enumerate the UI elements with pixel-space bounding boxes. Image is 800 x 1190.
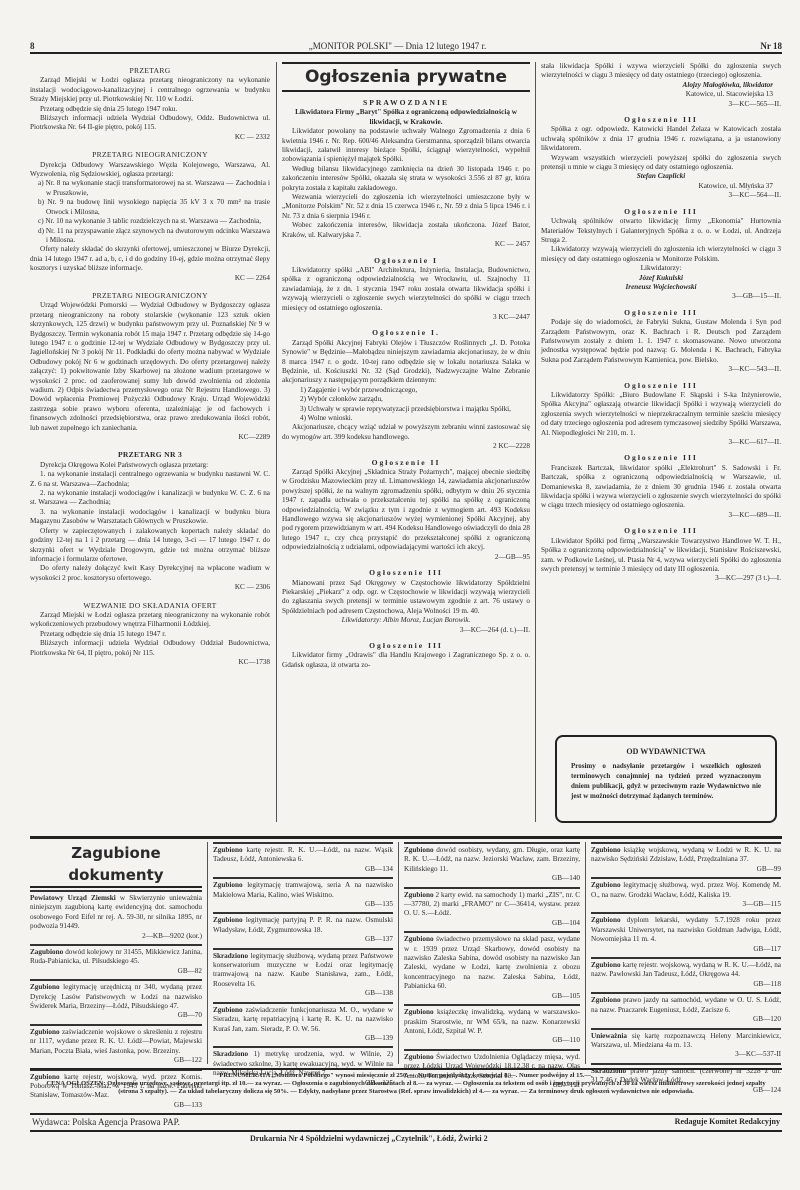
notice-title: Ogłoszenie III xyxy=(541,207,781,216)
notice-ref: 3—KC—689—II. xyxy=(541,511,781,520)
notice-text: Likwidatorzy wzywają wierzycieli do zgło… xyxy=(541,245,781,264)
section-heading-box: Ogłoszenia prywatne xyxy=(282,62,530,92)
notice-text: Według bilansu likwidacyjnego zamknięcia… xyxy=(282,165,530,193)
notice-text: Likwidatorzy Spółki: „Biuro Budowlane F.… xyxy=(541,391,781,438)
publisher: Wydawca: Polska Agencja Prasowa PAP. xyxy=(32,1116,180,1128)
tender-notice: PRZETARG Zarząd Miejski w Łodzi ogłasza … xyxy=(30,66,270,142)
footer-rule xyxy=(30,1130,782,1132)
lost-doc-item: Zgubiono świadectwo przemysłowe na skład… xyxy=(404,931,580,1004)
tender-notice: PRZETARG NIEOGRANICZONY Urząd Wojewódzki… xyxy=(30,291,270,443)
notice-text: 2. na wykonanie instalacji wodociągów i … xyxy=(30,489,270,508)
notice-title: WEZWANIE DO SKŁADANIA OFERT xyxy=(30,601,270,610)
notice-title: PRZETARG NIEOGRANICZONY xyxy=(30,291,270,300)
notice-text: Podaje się do wiadomości, że Fabryki Suk… xyxy=(541,318,781,365)
item-ref: GB—138 xyxy=(213,989,393,998)
publisher-notice-text: Prosimy o nadsyłanie przetargów i wszelk… xyxy=(571,761,761,801)
notice-ref: KC — 2457 xyxy=(282,240,530,249)
masthead-title: „MONITOR POLSKI" — Dnia 12 lutego 1947 r… xyxy=(309,42,487,51)
item-lead: Zgubiono xyxy=(591,961,621,969)
item-ref: GB—117 xyxy=(591,945,781,954)
item-lead: Zgubiono xyxy=(213,916,243,924)
item-lead: Powiatowy Urząd Ziemski xyxy=(30,894,116,902)
notice-title: Ogłoszenie III xyxy=(541,526,781,535)
lost-doc-item: Zgubiono kartę rejestr. R. K. U.—Łódź, n… xyxy=(213,842,393,877)
footer-rule xyxy=(30,1113,782,1115)
notice-text: Oferty należy składać do skrzynki oferto… xyxy=(30,245,270,273)
column-private-notices: Ogłoszenia prywatne SPRAWOZDANIE Likwida… xyxy=(282,62,530,670)
signer: Ireneusz Wojciechowski xyxy=(541,283,781,292)
item-lead: Zgubiono xyxy=(404,891,434,899)
publisher-notice-box: OD WYDAWNICTWA Prosimy o nadsyłanie prze… xyxy=(555,735,777,823)
page-header: 8 „MONITOR POLSKI" — Dnia 12 lutego 1947… xyxy=(30,40,782,54)
item-ref: GB—134 xyxy=(213,865,393,874)
notice-text: Franciszek Bartczak, likwidator spółki „… xyxy=(541,464,781,511)
section-heading: Ogłoszenia prywatne xyxy=(282,66,530,88)
item-ref: GB—99 xyxy=(591,865,781,874)
list-item: d) Nr. 11 na przyspawanie złącz szynowyc… xyxy=(30,227,270,246)
item-lead: Zgubiono xyxy=(404,1053,434,1061)
publisher-notice-title: OD WYDAWNICTWA xyxy=(571,747,761,756)
lost-doc-item: Skradziono legitymację służbową, wydaną … xyxy=(213,948,393,1002)
signers-label: Likwidatorzy: xyxy=(541,264,781,273)
lost-doc-item: Zgubiono legitymację partyjną P. P. R. n… xyxy=(213,912,393,947)
notice-text: 3. na wykonanie instalacji wodociągów i … xyxy=(30,508,270,527)
lost-doc-item: Zgubiono książkę wojskową, wydaną w Łodz… xyxy=(591,842,781,877)
notice-title: Ogłoszenie III xyxy=(541,381,781,390)
notice-text: Do oferty należy dołączyć kwit Kasy Dyre… xyxy=(30,564,270,583)
notice-subtitle: Likwidatora Firmy „Baryt" Spółka z ogran… xyxy=(282,108,530,127)
signer: Józef Kukulski xyxy=(541,274,781,283)
notice-ref: KC — 2264 xyxy=(30,274,270,283)
notice-text: Likwidator powołany na podstawie uchwały… xyxy=(282,127,530,165)
list-item: 1) Zagajenie i wybór przewodniczącego, xyxy=(282,386,530,395)
lost-docs-column-2: Zgubiono kartę rejestr. R. K. U.—Łódź, n… xyxy=(213,842,393,1091)
address: Katowice, ul. Młyńska 37 xyxy=(541,182,781,191)
item-lead: Zgubiono xyxy=(404,935,434,943)
section-rule xyxy=(30,836,782,839)
notice-text: Zarząd Miejski w Łodzi ogłasza przetarg … xyxy=(30,611,270,630)
item-lead: Zgubiono xyxy=(591,846,621,854)
notice-text: stała likwidacja Spółki i wzywa wierzyci… xyxy=(541,62,781,81)
notice-text: Akcjonariusze, chcący wziąć udział w pow… xyxy=(282,423,530,442)
list-item: c) Nr. 10 na wykonanie 3 tablic rozdziel… xyxy=(30,217,270,226)
lost-doc-item: Zgubiono dowód osobisty, wydany, gm. Dłu… xyxy=(404,842,580,887)
notice-title: PRZETARG xyxy=(30,66,270,75)
notice-ref: KC — 2306 xyxy=(30,583,270,592)
notice-text: Likwidatorzy spółki „ABI" Architektura, … xyxy=(282,266,530,313)
lost-doc-item: Zgubiono 2 karty ewid. na samochody 1) m… xyxy=(404,887,580,932)
list-item: 2) Wybór członków zarządu, xyxy=(282,395,530,404)
item-lead: Zgubiono xyxy=(213,881,243,889)
signers: Likwidatorzy: Albin Moroz, Lucjan Borowi… xyxy=(282,616,530,625)
notice-ref: 3—KC—565—II. xyxy=(541,100,781,109)
item-ref: 2—KB—9202 (kor.) xyxy=(30,932,202,941)
lost-doc-item: Zgubiono legitymację tramwajową, seria A… xyxy=(213,877,393,912)
notice-ref: KC—1738 xyxy=(30,658,270,667)
item-ref: GB—135 xyxy=(213,900,393,909)
subscription-text: PRENUMERATA „Monitora Polskiego" wynosi … xyxy=(40,1072,772,1080)
publisher-line: Wydawca: Polska Agencja Prasowa PAP. Red… xyxy=(32,1116,780,1128)
notice-ref: KC — 2332 xyxy=(30,133,270,142)
notice-title: Ogłoszenie III xyxy=(541,308,781,317)
column-divider xyxy=(276,62,277,822)
notice-title: PRZETARG NIEOGRANICZONY xyxy=(30,150,270,159)
lost-doc-item: Zgubiono legitymację urzędniczą nr 340, … xyxy=(30,979,202,1024)
notice-text: Oferty w zapieczętowanych i zalakowanych… xyxy=(30,527,270,565)
lost-doc-item: Unieważnia się kartę rozpoznawczą Heleny… xyxy=(591,1028,781,1063)
notice-ref: 2 KC—2228 xyxy=(282,442,530,451)
page-number: 8 xyxy=(30,42,35,51)
pricing-text: CENA OGŁOSZEŃ: Ogłoszenia urzędowe, sądo… xyxy=(40,1080,772,1096)
notice-text: Urząd Wojewódzki Pomorski — Wydział Odbu… xyxy=(30,301,270,433)
editor: Redaguje Komitet Redakcyjny xyxy=(675,1116,780,1128)
notice-title: Ogłoszenie II xyxy=(282,458,530,467)
column-divider xyxy=(585,842,586,1064)
address: Katowice, ul. Stacowiejska 13 xyxy=(541,90,781,99)
notice-title: SPRAWOZDANIE xyxy=(282,98,530,107)
notice-text: Bliższych informacji udziela Wydział Odb… xyxy=(30,114,270,133)
lost-docs-column-3: Zgubiono dowód osobisty, wydany, gm. Dłu… xyxy=(404,842,580,1093)
lost-doc-item: Zgubiono zaświadczenie funkcjonariusza M… xyxy=(213,1002,393,1047)
item-ref: GB—120 xyxy=(591,1015,781,1024)
notice-text: Likwidator Spółki pod firmą „Warszawskie… xyxy=(541,537,781,575)
notice-ref: 3 KC—2447 xyxy=(282,313,530,322)
item-ref: GB—133 xyxy=(30,1101,202,1110)
notice-text: Spółka z ogr. odpowiedz. Katowicki Hande… xyxy=(541,125,781,153)
item-lead: Zagubiono xyxy=(30,948,63,956)
notice-text: Wzywam wszystkich wierzycieli powyższej … xyxy=(541,154,781,173)
notice-title: PRZETARG NR 3 xyxy=(30,450,270,459)
item-ref: GB—104 xyxy=(404,919,580,928)
item-lead: Zgubiono xyxy=(213,1006,243,1014)
item-lead: Zgubiono xyxy=(591,881,621,889)
lost-doc-item: Zgubiono zaświadczenie wojskowe o skreśl… xyxy=(30,1024,202,1069)
lost-doc-item: Powiatowy Urząd Ziemski w Skwierzynie un… xyxy=(30,890,202,944)
column-divider xyxy=(207,842,208,1064)
notice-text: 1. na wykonanie instalacji centralnego o… xyxy=(30,470,270,489)
notice-title: Ogłoszenie III xyxy=(282,641,530,650)
tender-notice: PRZETARG NIEOGRANICZONY Dyrekcja Odbudow… xyxy=(30,150,270,283)
item-text: świadectwo przemysłowe na skład pasz, wy… xyxy=(404,935,580,990)
section-heading: Zagubione dokumenty xyxy=(30,842,202,888)
signer: Stefan Czaplicki xyxy=(541,172,781,181)
item-ref: GB—118 xyxy=(591,980,781,989)
item-ref: GB—137 xyxy=(213,935,393,944)
item-lead: Skradziono xyxy=(213,952,248,960)
notice-title: Ogłoszenie III xyxy=(541,115,781,124)
item-ref: GB—122 xyxy=(30,1056,202,1065)
tender-notice: PRZETARG NR 3 Dyrekcja Okręgowa Kolei Pa… xyxy=(30,450,270,592)
item-ref: GB—70 xyxy=(30,1011,202,1020)
list-item: b) Nr. 9 na budowę linii wysokiego napię… xyxy=(30,198,270,217)
list-item: 4) Wolne wnioski. xyxy=(282,414,530,423)
item-lead: Zgubiono xyxy=(30,983,60,991)
notice-title: Ogłoszenie III xyxy=(541,453,781,462)
notice-ref: 3—GB—15—II. xyxy=(541,292,781,301)
item-ref: GB—82 xyxy=(30,967,202,976)
notice-text: Zarząd Spółki Akcyjnej Fabryki Olejów i … xyxy=(282,339,530,386)
notice-text: Zarząd Miejski w Łodzi ogłasza przetarg … xyxy=(30,76,270,104)
item-ref: GB—140 xyxy=(404,874,580,883)
issue-number: Nr 18 xyxy=(760,42,782,51)
item-lead: Zgubiono xyxy=(213,846,243,854)
column-tenders: PRZETARG Zarząd Miejski w Łodzi ogłasza … xyxy=(30,60,270,667)
subscription-info: PRENUMERATA „Monitora Polskiego" wynosi … xyxy=(40,1072,772,1097)
notice-text: Mianowani przez Sąd Okręgowy w Częstocho… xyxy=(282,579,530,617)
notice-title: Ogłoszenie I xyxy=(282,256,530,265)
notice-text: Przetarg odbędzie się dnia 15 lutego 194… xyxy=(30,630,270,639)
column-divider xyxy=(398,842,399,1064)
lost-doc-item: Zagubiono dowód kolejowy nr 31455, Mikki… xyxy=(30,944,202,979)
notice-text: Przetarg odbędzie się dnia 25 lutego 194… xyxy=(30,105,270,114)
notice-text: Uchwałą spólników otwarto likwidację fir… xyxy=(541,217,781,245)
item-lead: Zgubiono xyxy=(404,1008,434,1016)
lost-docs-column-4: Zgubiono książkę wojskową, wydaną w Łodz… xyxy=(591,842,781,1098)
notice-text: Zarząd Spółki Akcyjnej „Składnica Straży… xyxy=(282,468,530,553)
notice-text: Bliższych informacji udziela Wydział Odb… xyxy=(30,639,270,658)
lost-doc-item: Zgubiono prawo jazdy na samochód, wydane… xyxy=(591,992,781,1027)
notice-title: Ogłoszenie III xyxy=(282,568,530,577)
item-ref: GB—139 xyxy=(213,1034,393,1043)
printer: Drukarnia Nr 4 Spółdzielni wydawniczej „… xyxy=(250,1134,488,1143)
column-liquidations: stała likwidacja Spółki i wzywa wierzyci… xyxy=(541,62,781,584)
list-item: 3) Uchwały w sprawie reprywatyzacji prze… xyxy=(282,405,530,414)
item-lead: Zgubiono xyxy=(404,846,434,854)
notice-ref: 3—KC—297 (3 t.)—I. xyxy=(541,574,781,583)
lost-doc-item: Zgubiono legitymację służbową, wyd. prze… xyxy=(591,877,781,912)
lost-doc-item: Zgubiono dyplom lekarski, wydany 5.7.192… xyxy=(591,912,781,957)
item-lead: Zgubiono xyxy=(30,1028,60,1036)
item-lead: Zgubiono xyxy=(591,916,621,924)
item-ref: GB—110 xyxy=(404,1036,580,1045)
notice-ref: 3—KC—543—II. xyxy=(541,365,781,374)
item-ref: GB—105 xyxy=(404,992,580,1001)
notice-ref: 3—KC—264 (d. t.)—II. xyxy=(282,626,530,635)
item-ref: 3—KC—537-II xyxy=(591,1050,781,1059)
lost-doc-item: Zgubiono książeczkę inwalidzką, wydaną w… xyxy=(404,1004,580,1049)
notice-text: Dyrekcja Odbudowy Warszawskiego Węzła Ko… xyxy=(30,161,270,180)
notice-text: Dyrekcja Okręgowa Kolei Państwowych ogła… xyxy=(30,461,270,470)
notice-title: Ogłoszenie I. xyxy=(282,328,530,337)
notice-ref: 3—KC—564—II. xyxy=(541,191,781,200)
item-lead: Unieważnia xyxy=(591,1032,627,1040)
item-lead: Zgubiono xyxy=(591,996,621,1004)
notice-ref: 2—GB—95 xyxy=(282,553,530,562)
item-ref: 3—GB—115 xyxy=(591,900,781,909)
lost-doc-item: Zgubiono kartę rejestr. wojskową, wydaną… xyxy=(591,957,781,992)
list-item: a) Nr. 8 na wykonanie stacji transformat… xyxy=(30,179,270,198)
notice-ref: KC—2289 xyxy=(30,433,270,442)
item-lead: Skradziono xyxy=(213,1050,248,1058)
notice-text: Wezwania wierzycieli do zgłoszenia ich w… xyxy=(282,193,530,221)
notice-text: Likwidator firmy „Odrawis" dla Handlu Kr… xyxy=(282,651,530,670)
footer-rule xyxy=(30,1068,782,1070)
signer: Alojzy Małogłówka, likwidator xyxy=(541,81,781,90)
notice-ref: 3—KC—617—II. xyxy=(541,438,781,447)
column-divider xyxy=(535,62,536,822)
tender-notice: WEZWANIE DO SKŁADANIA OFERT Zarząd Miejs… xyxy=(30,601,270,668)
notice-text: Wobec zakończenia interesów, likwidacja … xyxy=(282,221,530,240)
